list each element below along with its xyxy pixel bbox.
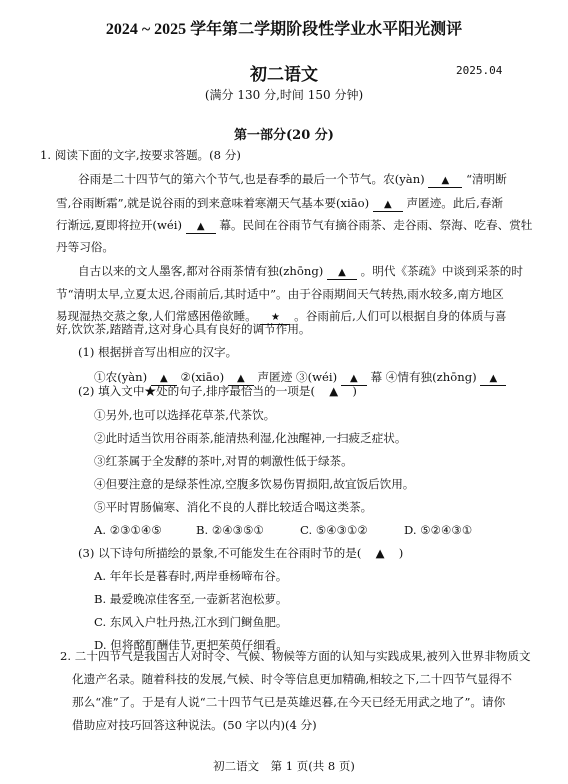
q2-line: 化遗产名录。随着科技的发展,气候、时令等信息更加精确,相较之下,二十四节气显得不 [72, 672, 512, 686]
option-b: B. ②④③⑤① [196, 523, 264, 537]
sentence-item: ⑤平时胃肠偏寒、消化不良的人群比较适合喝这类茶。 [94, 500, 372, 514]
pinyin-item: 声匿迹 ③(wéi) [258, 370, 338, 384]
option-a: A. 年年长是暮春时,两岸垂杨啼布谷。 [94, 569, 287, 583]
stem-text: (3) 以下诗句所描绘的景象,不可能发生在谷雨时节的是( [78, 546, 361, 560]
passage-text: 易现湿热交蒸之象,人们常感困倦欲睡。 [56, 309, 257, 323]
passage-text: 谷雨是二十四节气的第六个节气,也是春季的最后一个节气。农(yàn) [78, 172, 425, 186]
pinyin-item: ②(xiāo) [181, 370, 225, 384]
passage-text: “清明断 [466, 172, 507, 186]
answer-blank: ▲ [480, 373, 506, 386]
stem-text: ) [399, 546, 404, 560]
stem-text: ) [352, 384, 357, 398]
passage-line: 雪,谷雨断霜”,就是说谷雨的到来意味着寒潮天气基本要(xiāo) ▲ 声匿迹。此… [56, 196, 503, 212]
passage-text: 幕。民间在谷雨节气有摘谷雨茶、走谷雨、祭海、吃春、赏牡 [219, 218, 532, 232]
sentence-item: ②此时适当饮用谷雨茶,能清热利湿,化浊醒神,一扫疲乏症状。 [94, 431, 407, 445]
q1-sub1-stem: (1) 根据拼音写出相应的汉字。 [78, 345, 237, 359]
q2-line: 2. 二十四节气是我国古人对时令、气候、物候等方面的认知与实践成果,被列入世界非… [60, 649, 531, 663]
q1-sub3-stem: (3) 以下诗句所描绘的景象,不可能发生在谷雨时节的是( ▲ ) [78, 546, 403, 560]
passage-text: 雪,谷雨断霜”,就是说谷雨的到来意味着寒潮天气基本要(xiāo) [56, 196, 369, 210]
exam-date: 2025.04 [456, 64, 502, 77]
sentence-item: ①另外,也可以选择花草茶,代茶饮。 [94, 408, 275, 422]
passage-text: 。谷雨前后,人们可以根据自身的体质与喜 [294, 309, 506, 323]
score-info: (满分 130 分,时间 150 分钟) [0, 86, 568, 103]
q1-stem: 1. 阅读下面的文字,按要求答题。(8 分) [40, 148, 241, 162]
answer-blank: ▲ [327, 267, 357, 280]
option-c: C. 东风入户牡丹热,江水到门鲥鱼肥。 [94, 615, 287, 629]
option-a: A. ②③①④⑤ [94, 523, 162, 537]
passage-text: 行渐远,夏即将拉开(wéi) [56, 218, 182, 232]
sentence-item: ③红茶属于全发酵的茶叶,对胃的刺激性低于绿茶。 [94, 454, 353, 468]
pinyin-item: 幕 ④情有独(zhōng) [371, 370, 477, 384]
passage-line: 好,饮饮茶,踏踏青,这对身心具有良好的调节作用。 [56, 322, 311, 336]
passage-line: 自古以来的文人墨客,都对谷雨茶情有独(zhōng) ▲ 。明代《茶疏》中谈到采茶… [78, 264, 523, 280]
passage-text: 自古以来的文人墨客,都对谷雨茶情有独(zhōng) [78, 264, 323, 278]
answer-blank: ▲ [186, 221, 216, 234]
passage-text: 。明代《茶疏》中谈到采茶的时 [361, 264, 523, 278]
answer-mark: ▲ [319, 384, 349, 398]
passage-line: 丹等习俗。 [56, 240, 114, 254]
passage-line: 谷雨是二十四节气的第六个节气,也是春季的最后一个节气。农(yàn) ▲ “清明断 [78, 172, 507, 188]
option-d: D. ⑤②④③① [404, 523, 472, 537]
page-footer: 初二语文 第 1 页(共 8 页) [0, 758, 568, 774]
exam-title: 2024 ~ 2025 学年第二学期阶段性学业水平阳光测评 [0, 16, 568, 39]
option-b: B. 最爱晚凉佳客至,一壶新茗泡松萝。 [94, 592, 287, 606]
answer-blank: ▲ [428, 175, 462, 188]
q2-line: 那么“准”了。于是有人说“二十四节气已是英雄迟暮,在今天已经无用武之地了”。请你 [72, 695, 505, 709]
stem-text: (2) 填入文中★处的句子,排序最恰当的一项是( [78, 384, 315, 398]
q1-sub2-stem: (2) 填入文中★处的句子,排序最恰当的一项是( ▲ ) [78, 384, 357, 398]
sentence-item: ④但要注意的是绿茶性凉,空腹多饮易伤胃损阳,故宜饭后饮用。 [94, 477, 414, 491]
answer-mark: ▲ [365, 546, 395, 560]
passage-line: 行渐远,夏即将拉开(wéi) ▲ 幕。民间在谷雨节气有摘谷雨茶、走谷雨、祭海、吃… [56, 218, 532, 234]
passage-text: 声匿迹。此后,春渐 [407, 196, 503, 210]
answer-blank: ▲ [373, 199, 403, 212]
pinyin-item: ①农(yàn) [94, 370, 147, 384]
q2-line: 借助应对技巧回答这种说法。(50 字以内)(4 分) [72, 718, 317, 732]
part1-title: 第一部分(20 分) [0, 124, 568, 143]
option-c: C. ⑤④③①② [300, 523, 368, 537]
passage-line: 节“清明太早,立夏太迟,谷雨前后,其时适中”。由于谷雨期间天气转热,雨水较多,南… [56, 287, 504, 301]
